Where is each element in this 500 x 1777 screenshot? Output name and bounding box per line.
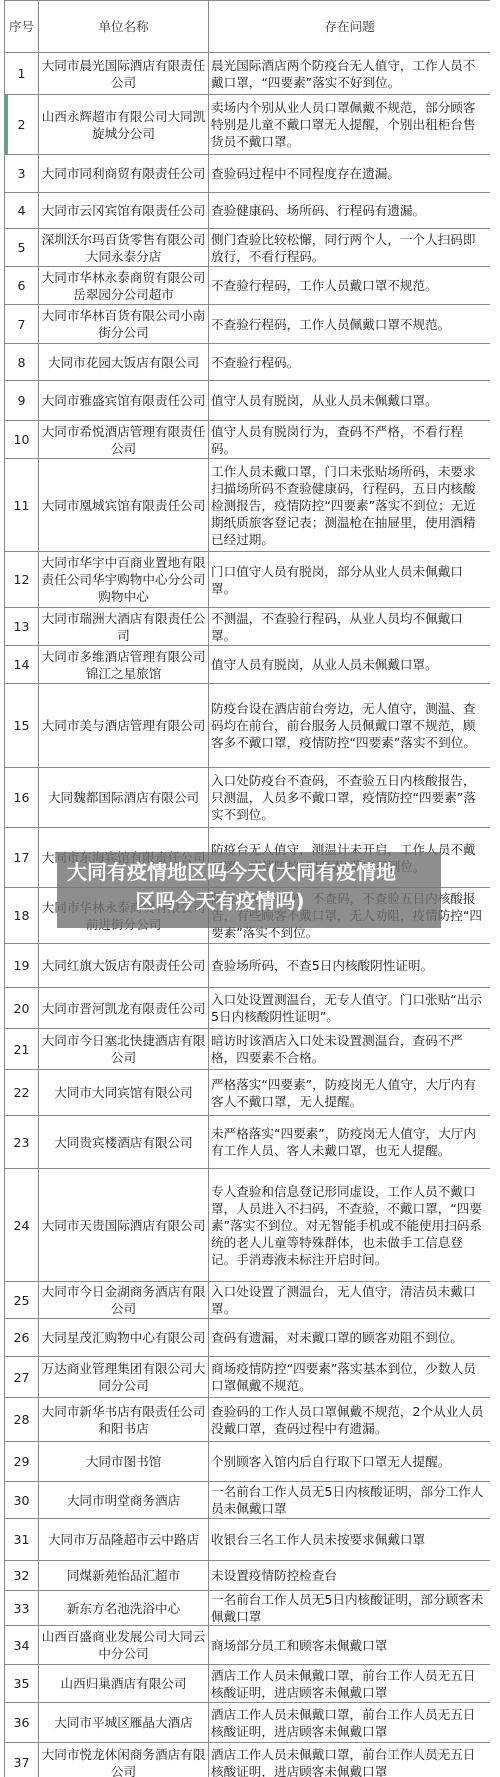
unit-name-cell[interactable]: 大同市大同宾馆有限公司 (39, 1070, 209, 1116)
column-header-unit[interactable]: 单位名称 (39, 1, 209, 53)
table-row[interactable]: 30大同市明堂商务酒店一名前台工作人员无5日内核酸证明，部分工作人员未佩戴口罩 (5, 1482, 491, 1519)
unit-name-cell[interactable]: 大同市平城区雁晶大酒店 (39, 1703, 209, 1743)
row-index-cell[interactable]: 4 (5, 193, 39, 229)
table-row[interactable]: 1大同市晨光国际酒店有限责任公司晨光国际酒店两个防疫台无人值守，工作人员不戴口罩… (5, 53, 491, 95)
unit-name-cell[interactable]: 山西永辉超市有限公司大同凯旋城分公司 (39, 95, 209, 155)
watermark: 大同市卫健委 (384, 1745, 450, 1761)
unit-name-cell[interactable]: 大同市晋河凯龙有限责任公司 (39, 988, 209, 1029)
unit-name-cell[interactable]: 大同市新华书店有限责任公司和阳书店 (39, 1398, 209, 1442)
unit-name-cell[interactable]: 大同贵宾楼酒店有限公司 (39, 1116, 209, 1169)
row-index-cell[interactable]: 33 (5, 1591, 39, 1626)
issue-cell[interactable]: 查验场所码，不查5日内核酸阴性证明。 (209, 944, 491, 988)
unit-name-cell[interactable]: 大同市今日金湖商务酒店有限公司 (39, 1282, 209, 1319)
table-row[interactable]: 12大同市华宇中百商业置地有限责任公司华宇购物中心分公司购物中心门口值守人员有脱… (5, 552, 491, 608)
unit-name-cell[interactable]: 深圳沃尔玛百货零售有限公司大同永泰分店 (39, 229, 209, 267)
table-row[interactable]: 7大同市华林百货有限公司小南街分公司不查验行程码，工作人员佩戴口罩不规范。 (5, 305, 491, 344)
table-row[interactable]: 32同煤新苑怡品汇超市未设置疫情防控检查台 (5, 1561, 491, 1591)
row-index-cell[interactable]: 21 (5, 1029, 39, 1070)
unit-name-cell[interactable]: 大同市多维酒店管理有限公司锦江之星旅馆 (39, 646, 209, 684)
row-index-cell[interactable]: 5 (5, 229, 39, 267)
unit-name-cell[interactable]: 大同红旗大饭店有限责任公司 (39, 944, 209, 988)
issue-cell[interactable]: 查验码的工作人员口罩佩戴不规范，2个从业人员没戴口罩，查码过程中有遗漏。 (209, 1398, 491, 1442)
unit-name-cell[interactable]: 大同市同利商贸有限责任公司 (39, 155, 209, 193)
unit-name-cell[interactable]: 大同市美与酒店管理有限公司 (39, 684, 209, 768)
overlay-title-line-1: 大同有疫情地区吗今天(大同有疫情地 (67, 860, 396, 884)
table-row[interactable]: 5深圳沃尔玛百货零售有限公司大同永泰分店侧门查验比较松懈，同行两个人，一个人扫码… (5, 229, 491, 267)
table-row[interactable]: 6大同市华林永泰商贸有限公司岳翠园分公司超市不查验行程码，工作人员戴口罩不规范。 (5, 267, 491, 305)
row-index-cell[interactable]: 23 (5, 1116, 39, 1169)
unit-name-cell[interactable]: 大同市今日塞北快捷酒店有限公司 (39, 1029, 209, 1070)
unit-name-cell[interactable]: 大同市华林百货有限公司小南街分公司 (39, 305, 209, 344)
table-row[interactable]: 23大同贵宾楼酒店有限公司未严格落实“四要素”，防疫岗无人值守，大厅内有工作人员… (5, 1116, 491, 1169)
unit-name-cell[interactable]: 大同市明堂商务酒店 (39, 1482, 209, 1519)
table-row[interactable]: 10大同市希悦酒店管理有限责任公司值守人员有脱岗行为，查码不严格，不看行程码。 (5, 421, 491, 459)
table-row[interactable]: 33新东方名池洗浴中心一名前台工作人员无5日内核酸证明，部分顾客未佩戴口罩 (5, 1591, 491, 1626)
unit-name-cell[interactable]: 大同市雅盛宾馆有限责任公司 (39, 381, 209, 421)
unit-name-cell[interactable]: 大同市华林永泰商贸有限公司岳翠园分公司超市 (39, 267, 209, 305)
row-index-cell[interactable]: 32 (5, 1561, 39, 1591)
table-row[interactable]: 29大同市图书馆个别顾客入馆内后自行取下口罩无人提醒。 (5, 1442, 491, 1482)
issue-cell[interactable]: 酒店工作人员未佩戴口罩，前台工作人员无五日核酸证明，进店顾客未佩戴口罩 (209, 1703, 491, 1743)
issue-cell[interactable]: 侧门查验比较松懈，同行两个人，一个人扫码即放行，不看行程码。 (209, 229, 491, 267)
unit-name-cell[interactable]: 大同市凰城宾馆有限责任公司 (39, 459, 209, 552)
issue-cell[interactable]: 严格落实“四要素”，防疫岗无人值守，大厅内有客人不戴口罩，无人提醒。 (209, 1070, 491, 1116)
row-index-cell[interactable]: 31 (5, 1519, 39, 1561)
issue-cell[interactable]: 不查验行程码。 (209, 344, 491, 381)
unit-name-cell[interactable]: 大同市图书馆 (39, 1442, 209, 1482)
unit-name-cell[interactable]: 大同市悦龙休闲商务酒店有限公司 (39, 1743, 209, 1777)
row-index-cell[interactable]: 3 (5, 155, 39, 193)
issue-cell[interactable]: 酒店工作人员未佩戴口罩，前台工作人员无五日核酸证明，进店顾客未佩戴口罩 (209, 1665, 491, 1703)
table-row[interactable]: 26大同星茂汇购物中心有限公司查码有遗漏，对未戴口罩的顾客劝阻不到位。 (5, 1319, 491, 1357)
issue-cell[interactable]: 专人查验和信息登记形同虚设，工作人员不戴口罩，人员进入不扫码，不查验，不戴口罩，… (209, 1169, 491, 1282)
issue-cell[interactable]: 门口值守人员有脱岗，部分从业人员未佩戴口罩。 (209, 552, 491, 608)
row-index-cell[interactable]: 35 (5, 1665, 39, 1703)
row-index-cell[interactable]: 7 (5, 305, 39, 344)
issue-cell[interactable]: 一名前台工作人员无5日内核酸证明，部分工作人员未佩戴口罩 (209, 1482, 491, 1519)
row-index-cell[interactable]: 18 (5, 888, 39, 944)
unit-name-cell[interactable]: 万达商业管理集团有限公司大同分公司 (39, 1357, 209, 1398)
issue-cell[interactable]: 查验码过程中不同程度存在遗漏。 (209, 155, 491, 193)
unit-name-cell[interactable]: 大同市希悦酒店管理有限责任公司 (39, 421, 209, 459)
table-row[interactable]: 22大同市大同宾馆有限公司严格落实“四要素”，防疫岗无人值守，大厅内有客人不戴口… (5, 1070, 491, 1116)
table-row[interactable]: 31大同市万品隆超市云中路店收银台三名工作人员未按要求佩戴口罩 (5, 1519, 491, 1561)
row-index-cell[interactable]: 16 (5, 768, 39, 828)
unit-name-cell[interactable]: 大同市华宇中百商业置地有限责任公司华宇购物中心分公司购物中心 (39, 552, 209, 608)
issue-cell[interactable]: 值守人员有脱岗，从业人员未佩戴口罩。 (209, 381, 491, 421)
issue-cell[interactable]: 未严格落实“四要素”，防疫岗无人值守，大厅内有工作人员、客人未戴口罩，也无人提醒… (209, 1116, 491, 1169)
unit-name-cell[interactable]: 大同星茂汇购物中心有限公司 (39, 1319, 209, 1357)
table-row[interactable]: 25大同市今日金湖商务酒店有限公司入口处设置了测温台，无人值守，清洁员未戴口罩。 (5, 1282, 491, 1319)
issue-cell[interactable]: 不测温，不查验行程码，从业人员均不佩戴口罩。 (209, 608, 491, 646)
issue-cell[interactable]: 查码有遗漏，对未戴口罩的顾客劝阻不到位。 (209, 1319, 491, 1357)
row-index-cell[interactable]: 10 (5, 421, 39, 459)
table-row[interactable]: 27万达商业管理集团有限公司大同分公司商场疫情防控“四要素”落实基本到位，少数人… (5, 1357, 491, 1398)
row-index-cell[interactable]: 6 (5, 267, 39, 305)
row-index-cell[interactable]: 12 (5, 552, 39, 608)
row-index-cell[interactable]: 1 (5, 53, 39, 95)
column-header-issue[interactable]: 存在问题 (209, 1, 491, 53)
row-index-cell[interactable]: 34 (5, 1626, 39, 1665)
column-header-index[interactable]: 序号 (5, 1, 39, 53)
issue-cell[interactable]: 入口处防疫台不查码，不查验五日内核酸报告，只测温，人员多不戴口罩，疫情防控“四要… (209, 768, 491, 828)
table-row[interactable]: 35山西归巢酒店有限公司酒店工作人员未佩戴口罩，前台工作人员无五日核酸证明，进店… (5, 1665, 491, 1703)
unit-name-cell[interactable]: 山西归巢酒店有限公司 (39, 1665, 209, 1703)
row-index-cell[interactable]: 36 (5, 1703, 39, 1743)
table-row[interactable]: 2山西永辉超市有限公司大同凯旋城分公司卖场内个别从业人员口罩佩戴不规范，部分顾客… (5, 95, 491, 155)
title-overlay-banner: 大同有疫情地区吗今天(大同有疫情地 区吗今天有疫情吗) (57, 852, 441, 928)
table-row[interactable]: 13大同市瑞洲大酒店有限责任公司不测温，不查验行程码，从业人员均不佩戴口罩。 (5, 608, 491, 646)
row-index-cell[interactable]: 29 (5, 1442, 39, 1482)
issue-cell[interactable]: 入口处设置测温台，无专人值守。门口张贴“出示5日内核酸阴性证明”。 (209, 988, 491, 1029)
issue-cell[interactable]: 入口处设置了测温台，无人值守，清洁员未戴口罩。 (209, 1282, 491, 1319)
table-row[interactable]: 28大同市新华书店有限责任公司和阳书店查验码的工作人员口罩佩戴不规范，2个从业人… (5, 1398, 491, 1442)
issue-cell[interactable]: 收银台三名工作人员未按要求佩戴口罩 (209, 1519, 491, 1561)
unit-name-cell[interactable]: 大同魏都国际酒店有限公司 (39, 768, 209, 828)
table-row[interactable]: 8大同市花园大饭店有限公司不查验行程码。 (5, 344, 491, 381)
table-row[interactable]: 21大同市今日塞北快捷酒店有限公司暗访时该酒店入口处未设置测温台，查码不严格，四… (5, 1029, 491, 1070)
unit-name-cell[interactable]: 同煤新苑怡品汇超市 (39, 1561, 209, 1591)
sheet-margin (490, 0, 500, 1777)
issue-cell[interactable]: 值守人员有脱岗行为，查码不严格，不看行程码。 (209, 421, 491, 459)
row-index-cell[interactable]: 27 (5, 1357, 39, 1398)
issue-cell[interactable]: 暗访时该酒店入口处未设置测温台，查码不严格，四要素不合格。 (209, 1029, 491, 1070)
table-row[interactable]: 4大同市云冈宾馆有限责任公司查验健康码、场所码、行程码有遗漏。 (5, 193, 491, 229)
row-index-cell[interactable]: 11 (5, 459, 39, 552)
row-index-cell[interactable]: 37 (5, 1743, 39, 1777)
issue-cell[interactable]: 不查验行程码，工作人员佩戴口罩不规范。 (209, 305, 491, 344)
issue-cell[interactable]: 工作人员未戴口罩，门口未张贴场所码，未要求扫描场所码不查验健康码，行程码，五日内… (209, 459, 491, 552)
row-index-cell[interactable]: 26 (5, 1319, 39, 1357)
row-index-cell[interactable]: 25 (5, 1282, 39, 1319)
row-index-cell[interactable]: 19 (5, 944, 39, 988)
table-row[interactable]: 19大同红旗大饭店有限责任公司查验场所码，不查5日内核酸阴性证明。 (5, 944, 491, 988)
unit-name-cell[interactable]: 大同市花园大饭店有限公司 (39, 344, 209, 381)
row-index-cell[interactable]: 8 (5, 344, 39, 381)
table-row[interactable]: 11大同市凰城宾馆有限责任公司工作人员未戴口罩，门口未张贴场所码，未要求扫描场所… (5, 459, 491, 552)
row-index-cell[interactable]: 30 (5, 1482, 39, 1519)
table-row[interactable]: 34山西百盛商业发展公司大同云中分公司商场部分员工和顾客未佩戴口罩 (5, 1626, 491, 1665)
table-row[interactable]: 15大同市美与酒店管理有限公司防疫台设在酒店前台旁边，无人值守，测温、查码均在前… (5, 684, 491, 768)
row-index-cell[interactable]: 13 (5, 608, 39, 646)
row-index-cell[interactable]: 14 (5, 646, 39, 684)
table-row[interactable]: 14大同市多维酒店管理有限公司锦江之星旅馆值守人员有脱岗，从业人员未佩戴口罩。 (5, 646, 491, 684)
unit-name-cell[interactable]: 大同市晨光国际酒店有限责任公司 (39, 53, 209, 95)
table-row[interactable]: 24大同市天贵国际酒店有限公司专人查验和信息登记形同虚设，工作人员不戴口罩，人员… (5, 1169, 491, 1282)
unit-name-cell[interactable]: 大同市云冈宾馆有限责任公司 (39, 193, 209, 229)
unit-name-cell[interactable]: 新东方名池洗浴中心 (39, 1591, 209, 1626)
overlay-title-line-2: 区吗今天有疫情吗) (67, 887, 433, 916)
table-row[interactable]: 36大同市平城区雁晶大酒店酒店工作人员未佩戴口罩，前台工作人员无五日核酸证明，进… (5, 1703, 491, 1743)
table-row[interactable]: 16大同魏都国际酒店有限公司入口处防疫台不查码，不查验五日内核酸报告，只测温，人… (5, 768, 491, 828)
issue-cell[interactable]: 一名前台工作人员无5日内核酸证明，部分顾客未佩戴口罩 (209, 1591, 491, 1626)
issue-cell[interactable]: 晨光国际酒店两个防疫台无人值守，工作人员不戴口罩，“四要素”落实不好到位。 (209, 53, 491, 95)
issue-cell[interactable]: 未设置疫情防控检查台 (209, 1561, 491, 1591)
row-index-cell[interactable]: 20 (5, 988, 39, 1029)
row-index-cell[interactable]: 22 (5, 1070, 39, 1116)
row-index-cell[interactable]: 9 (5, 381, 39, 421)
table-row[interactable]: 3大同市同利商贸有限责任公司查验码过程中不同程度存在遗漏。 (5, 155, 491, 193)
row-index-cell[interactable]: 2 (5, 95, 39, 155)
unit-name-cell[interactable]: 大同市瑞洲大酒店有限责任公司 (39, 608, 209, 646)
unit-name-cell[interactable]: 山西百盛商业发展公司大同云中分公司 (39, 1626, 209, 1665)
table-row[interactable]: 9大同市雅盛宾馆有限责任公司值守人员有脱岗，从业人员未佩戴口罩。 (5, 381, 491, 421)
issue-cell[interactable]: 防疫台设在酒店前台旁边，无人值守，测温、查码均在前台，前台服务人员佩戴口罩不规范… (209, 684, 491, 768)
row-index-cell[interactable]: 24 (5, 1169, 39, 1282)
header-row: 序号 单位名称 存在问题 (5, 1, 491, 53)
issue-cell[interactable]: 卖场内个别从业人员口罩佩戴不规范，部分顾客特别是儿童不戴口罩无人提醒，个别出租柜… (209, 95, 491, 155)
row-index-cell[interactable]: 28 (5, 1398, 39, 1442)
issue-cell[interactable]: 个别顾客入馆内后自行取下口罩无人提醒。 (209, 1442, 491, 1482)
issue-cell[interactable]: 值守人员有脱岗，从业人员未佩戴口罩。 (209, 646, 491, 684)
issue-cell[interactable]: 商场疫情防控“四要素”落实基本到位，少数人员口罩佩戴不规范。 (209, 1357, 491, 1398)
issue-cell[interactable]: 查验健康码、场所码、行程码有遗漏。 (209, 193, 491, 229)
issue-cell[interactable]: 不查验行程码，工作人员戴口罩不规范。 (209, 267, 491, 305)
unit-name-cell[interactable]: 大同市万品隆超市云中路店 (39, 1519, 209, 1561)
row-index-cell[interactable]: 15 (5, 684, 39, 768)
unit-name-cell[interactable]: 大同市天贵国际酒店有限公司 (39, 1169, 209, 1282)
row-index-cell[interactable]: 17 (5, 828, 39, 888)
table-row[interactable]: 20大同市晋河凯龙有限责任公司入口处设置测温台，无专人值守。门口张贴“出示5日内… (5, 988, 491, 1029)
issue-cell[interactable]: 商场部分员工和顾客未佩戴口罩 (209, 1626, 491, 1665)
